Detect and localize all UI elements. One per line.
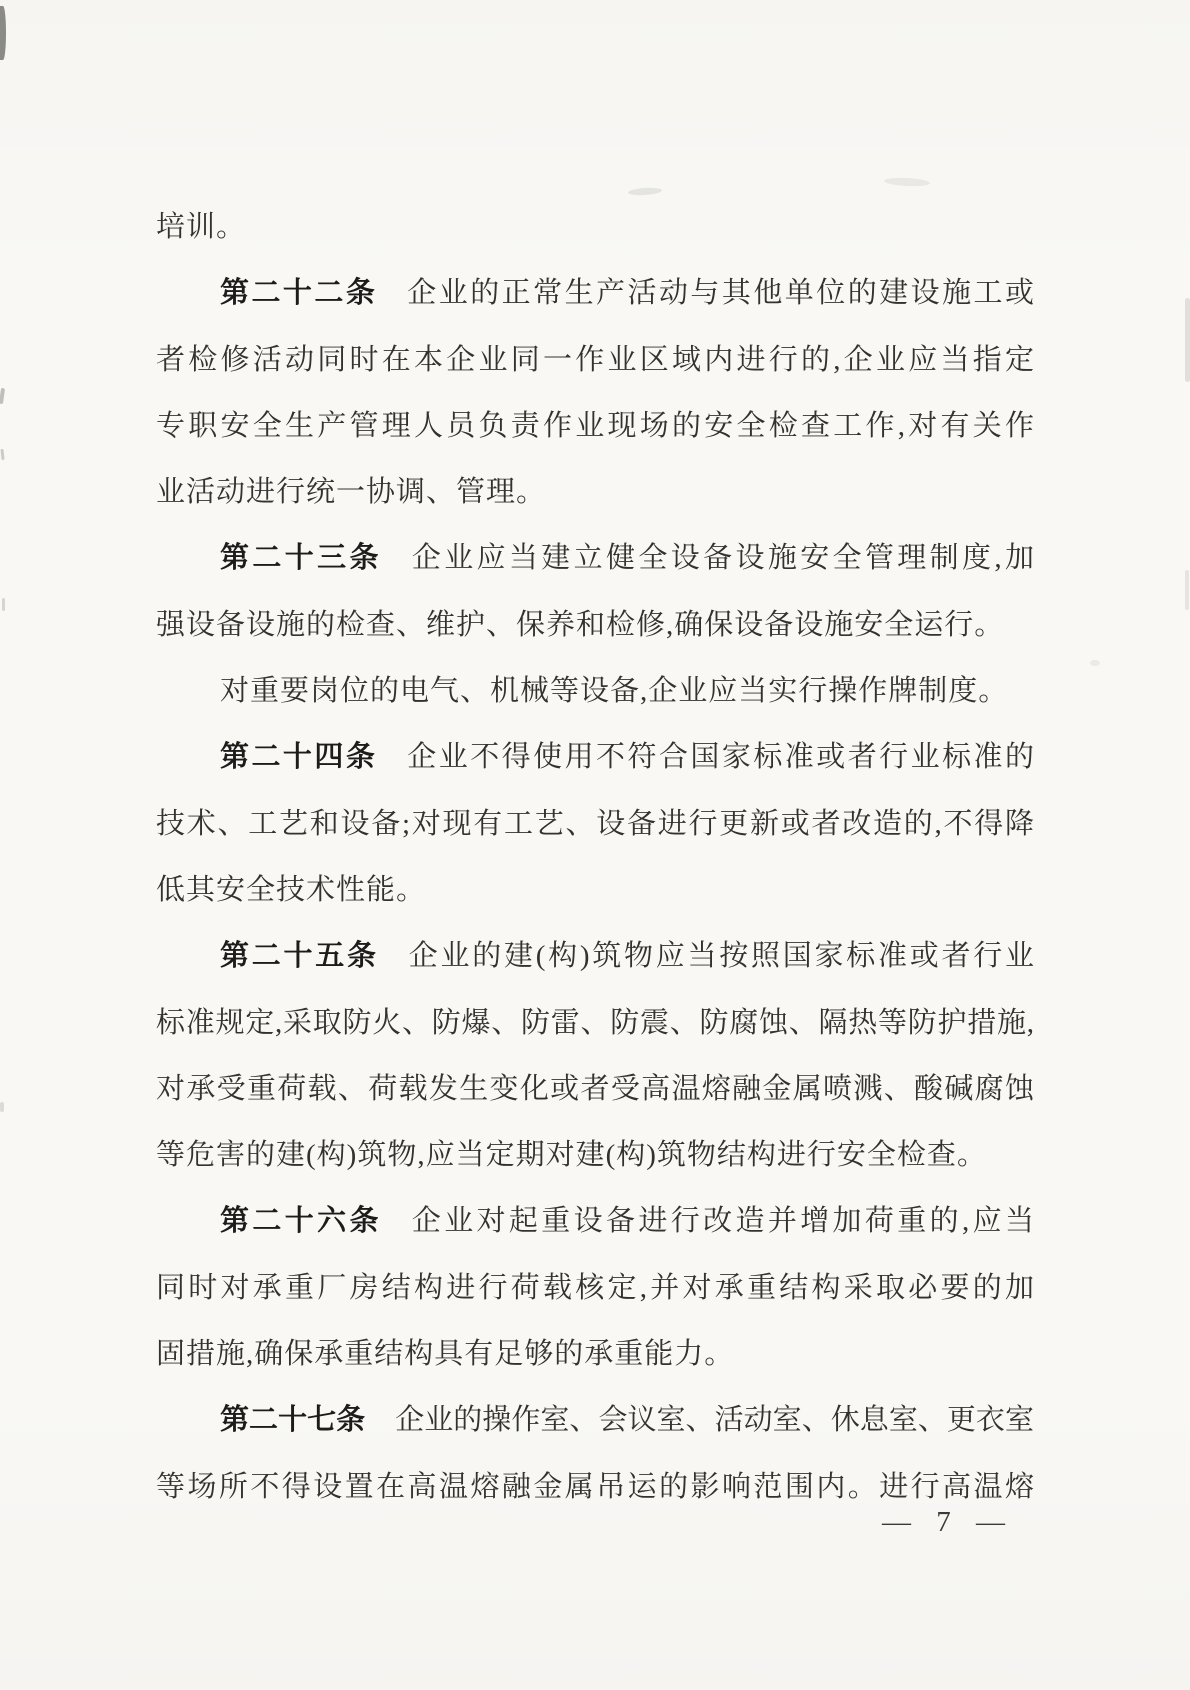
line-text: 企业应当建立健全设备设施安全管理制度,加 — [412, 542, 1034, 574]
text-line: 标准规定,采取防火、防爆、防雷、防震、防腐蚀、隔热等防护措施, — [156, 990, 1034, 1056]
scan-artifact-corner — [0, 6, 6, 60]
text-line: 对重要岗位的电气、机械等设备,企业应当实行操作牌制度。 — [156, 658, 1034, 724]
line-text: 企业的操作室、会议室、活动室、休息室、更衣室 — [395, 1404, 1034, 1436]
article-number: 第二十二条 — [220, 277, 377, 309]
article-heading-line: 第二十二条企业的正常生产活动与其他单位的建设施工或 — [156, 260, 1034, 326]
text-line: 固措施,确保承重结构具有足够的承重能力。 — [156, 1321, 1034, 1387]
article-heading-line: 第二十五条企业的建(构)筑物应当按照国家标准或者行业 — [156, 923, 1034, 989]
scan-artifact-smudge — [884, 177, 930, 187]
line-text: 企业对起重设备进行改造并增加荷重的,应当 — [412, 1205, 1034, 1237]
scan-artifact-tick — [0, 388, 5, 404]
text-line: 专职安全生产管理人员负责作业现场的安全检查工作,对有关作 — [156, 393, 1034, 459]
line-text: 强设备设施的检查、维护、保养和检修,确保设备设施安全运行。 — [156, 609, 1004, 641]
article-number: 第二十五条 — [220, 940, 379, 972]
line-text: 者检修活动同时在本企业同一作业区域内进行的,企业应当指定 — [156, 344, 1034, 376]
scan-artifact-smudge — [1090, 660, 1100, 666]
article-number: 第二十四条 — [220, 741, 377, 773]
text-line: 同时对承重厂房结构进行荷载核定,并对承重结构采取必要的加 — [156, 1255, 1034, 1321]
line-text: 企业的正常生产活动与其他单位的建设施工或 — [407, 277, 1034, 309]
line-text: 等危害的建(构)筑物,应当定期对建(构)筑物结构进行安全检查。 — [156, 1139, 987, 1171]
line-text: 企业的建(构)筑物应当按照国家标准或者行业 — [409, 940, 1034, 972]
line-text: 培训。 — [156, 211, 246, 243]
article-heading-line: 第二十三条企业应当建立健全设备设施安全管理制度,加 — [156, 525, 1034, 591]
scan-artifact-streak — [1185, 298, 1190, 382]
line-text: 技术、工艺和设备;对现有工艺、设备进行更新或者改造的,不得降 — [156, 808, 1034, 840]
line-text: 低其安全技术性能。 — [156, 874, 426, 906]
scan-artifact-tick — [2, 598, 5, 611]
line-text: 业活动进行统一协调、管理。 — [156, 476, 546, 508]
line-text: 固措施,确保承重结构具有足够的承重能力。 — [156, 1338, 734, 1370]
document-page: 培训。第二十二条企业的正常生产活动与其他单位的建设施工或者检修活动同时在本企业同… — [0, 0, 1190, 1690]
text-line: 强设备设施的检查、维护、保养和检修,确保设备设施安全运行。 — [156, 592, 1034, 658]
text-line: 对承受重荷载、荷载发生变化或者受高温熔融金属喷溅、酸碱腐蚀 — [156, 1056, 1034, 1122]
scan-artifact-streak — [1185, 570, 1189, 610]
document-body: 培训。第二十二条企业的正常生产活动与其他单位的建设施工或者检修活动同时在本企业同… — [156, 194, 1034, 1520]
line-text: 同时对承重厂房结构进行荷载核定,并对承重结构采取必要的加 — [156, 1272, 1034, 1304]
page-number: — 7 — — [882, 1497, 1014, 1547]
text-line: 技术、工艺和设备;对现有工艺、设备进行更新或者改造的,不得降 — [156, 791, 1034, 857]
scan-artifact-tick — [0, 1102, 4, 1112]
scan-artifact-tick — [0, 449, 4, 460]
line-text: 对重要岗位的电气、机械等设备,企业应当实行操作牌制度。 — [220, 675, 1008, 707]
text-line: 低其安全技术性能。 — [156, 857, 1034, 923]
article-heading-line: 第二十七条企业的操作室、会议室、活动室、休息室、更衣室 — [156, 1387, 1034, 1453]
line-text: 标准规定,采取防火、防爆、防雷、防震、防腐蚀、隔热等防护措施, — [156, 1007, 1034, 1039]
line-text: 专职安全生产管理人员负责作业现场的安全检查工作,对有关作 — [156, 410, 1034, 442]
text-line: 培训。 — [156, 194, 1034, 260]
article-number: 第二十七条 — [220, 1404, 365, 1436]
article-number: 第二十三条 — [220, 542, 382, 574]
line-text: 企业不得使用不符合国家标准或者行业标准的 — [407, 741, 1034, 773]
article-heading-line: 第二十四条企业不得使用不符合国家标准或者行业标准的 — [156, 724, 1034, 790]
article-heading-line: 第二十六条企业对起重设备进行改造并增加荷重的,应当 — [156, 1188, 1034, 1254]
text-line: 业活动进行统一协调、管理。 — [156, 459, 1034, 525]
line-text: 对承受重荷载、荷载发生变化或者受高温熔融金属喷溅、酸碱腐蚀 — [156, 1073, 1034, 1105]
article-number: 第二十六条 — [220, 1205, 382, 1237]
text-line: 等危害的建(构)筑物,应当定期对建(构)筑物结构进行安全检查。 — [156, 1122, 1034, 1188]
text-line: 者检修活动同时在本企业同一作业区域内进行的,企业应当指定 — [156, 327, 1034, 393]
